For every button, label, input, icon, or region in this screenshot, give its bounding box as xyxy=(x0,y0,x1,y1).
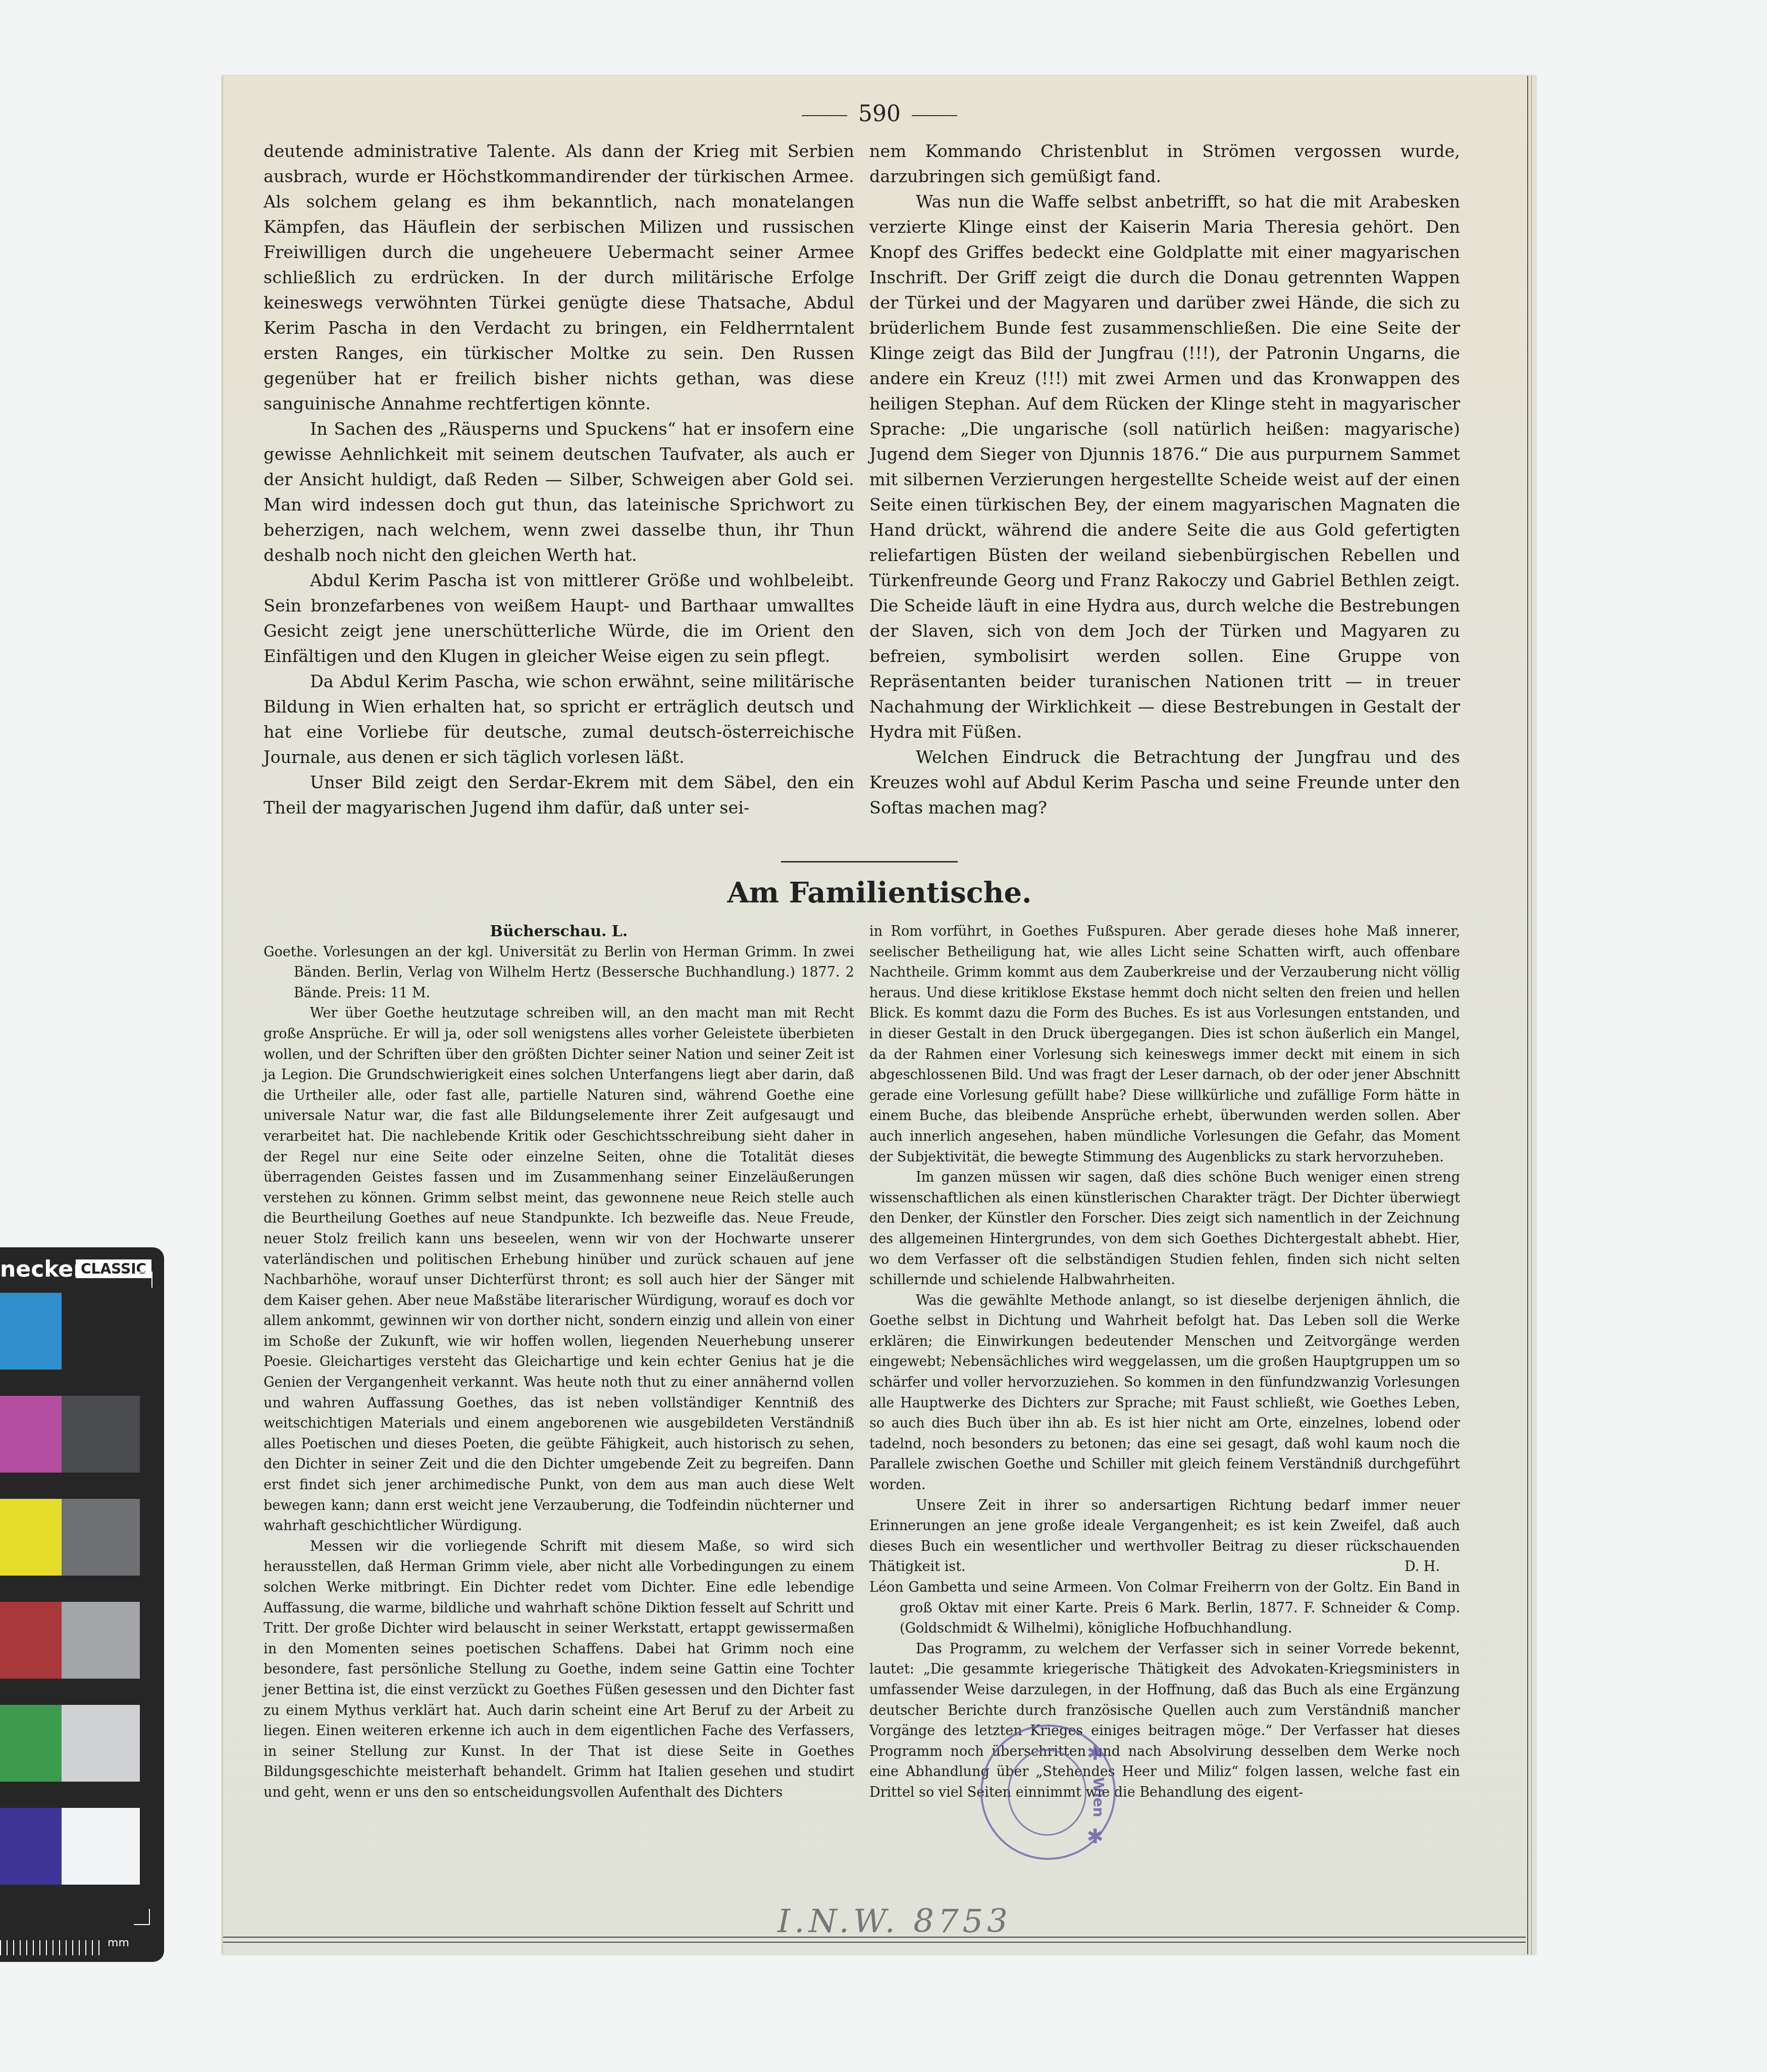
library-stamp: ✱ ✱ Wien xyxy=(980,1725,1116,1860)
page-number-dash-left xyxy=(802,115,847,116)
paragraph: Unsere Zeit in ihrer so andersartigen Ri… xyxy=(869,1496,1460,1578)
article-column-top-left: deutende administrative Talente. Als dan… xyxy=(264,139,854,821)
paragraph: Da Abdul Kerim Pascha, wie schon erwähnt… xyxy=(264,669,854,770)
gray-swatch xyxy=(62,1808,140,1885)
section-divider xyxy=(781,861,958,863)
stamp-emblem-icon xyxy=(1008,1749,1086,1836)
stamp-star-icon: ✱ xyxy=(1086,1742,1104,1765)
stamp-star-icon: ✱ xyxy=(1086,1825,1104,1848)
gray-swatch xyxy=(62,1705,140,1782)
paragraph: Was die gewählte Methode anlangt, so ist… xyxy=(869,1291,1460,1496)
gray-swatch xyxy=(62,1499,140,1576)
paragraph: Wer über Goethe heutzutage schreiben wil… xyxy=(264,1003,854,1536)
stamp-city: Wien xyxy=(1090,1777,1107,1817)
paragraph: Im ganzen müssen wir sagen, daß dies sch… xyxy=(869,1168,1460,1291)
page-number-dash-right xyxy=(912,115,957,116)
gray-swatch xyxy=(62,1602,140,1679)
handwritten-inventory-number: I.N.W. 8753 xyxy=(777,1903,1012,1940)
ruler-unit-label: mm xyxy=(108,1937,129,1949)
review-column-right: in Rom vorführt, in Goethes Fußspuren. A… xyxy=(869,922,1460,1803)
bibliographic-entry: Goethe. Vorlesungen an der kgl. Universi… xyxy=(264,942,854,1004)
page-border-rule xyxy=(1527,76,1532,1954)
paragraph: deutende administrative Talente. Als dan… xyxy=(264,139,854,417)
paragraph: In Sachen des „Räusperns und Spuckens“ h… xyxy=(264,417,854,568)
section-title: Am Familientische. xyxy=(223,876,1536,909)
paragraph: Was nun die Waffe selbst anbetrifft, so … xyxy=(869,189,1460,745)
mm-ruler xyxy=(0,1940,101,1955)
review-subhead: Bücherschau. L. xyxy=(264,922,854,942)
bibliographic-entry: Léon Gambetta und seine Armeen. Von Colm… xyxy=(869,1578,1460,1639)
newspaper-page: 590 deutende administrative Talente. Als… xyxy=(222,76,1536,1954)
color-checker-card: necker CLASSIC mm xyxy=(0,1247,164,1962)
paragraph: Welchen Eindruck die Betrachtung der Jun… xyxy=(869,745,1460,821)
paragraph: Das Programm, zu welchem der Verfasser s… xyxy=(869,1639,1460,1803)
paragraph: Abdul Kerim Pascha ist von mittlerer Grö… xyxy=(264,568,854,669)
review-column-left: Bücherschau. L. Goethe. Vorlesungen an d… xyxy=(264,922,854,1803)
page-number-text: 590 xyxy=(858,101,901,127)
review-signature: D. H. xyxy=(1358,1557,1440,1578)
gray-swatch xyxy=(62,1293,140,1370)
corner-mark-icon xyxy=(136,1272,152,1288)
corner-mark-icon xyxy=(134,1909,150,1925)
paragraph: Messen wir die vorliegende Schrift mit d… xyxy=(264,1537,854,1803)
paragraph: Unser Bild zeigt den Serdar-Ekrem mit de… xyxy=(264,770,854,821)
article-column-top-right: nem Kommando Christenblut in Strömen ver… xyxy=(869,139,1460,821)
gray-swatch xyxy=(62,1396,140,1473)
color-checker-brand: necker xyxy=(0,1256,84,1282)
page-number: 590 xyxy=(223,101,1536,127)
paragraph: nem Kommando Christenblut in Strömen ver… xyxy=(869,139,1460,189)
paragraph: in Rom vorführt, in Goethes Fußspuren. A… xyxy=(869,922,1460,1168)
